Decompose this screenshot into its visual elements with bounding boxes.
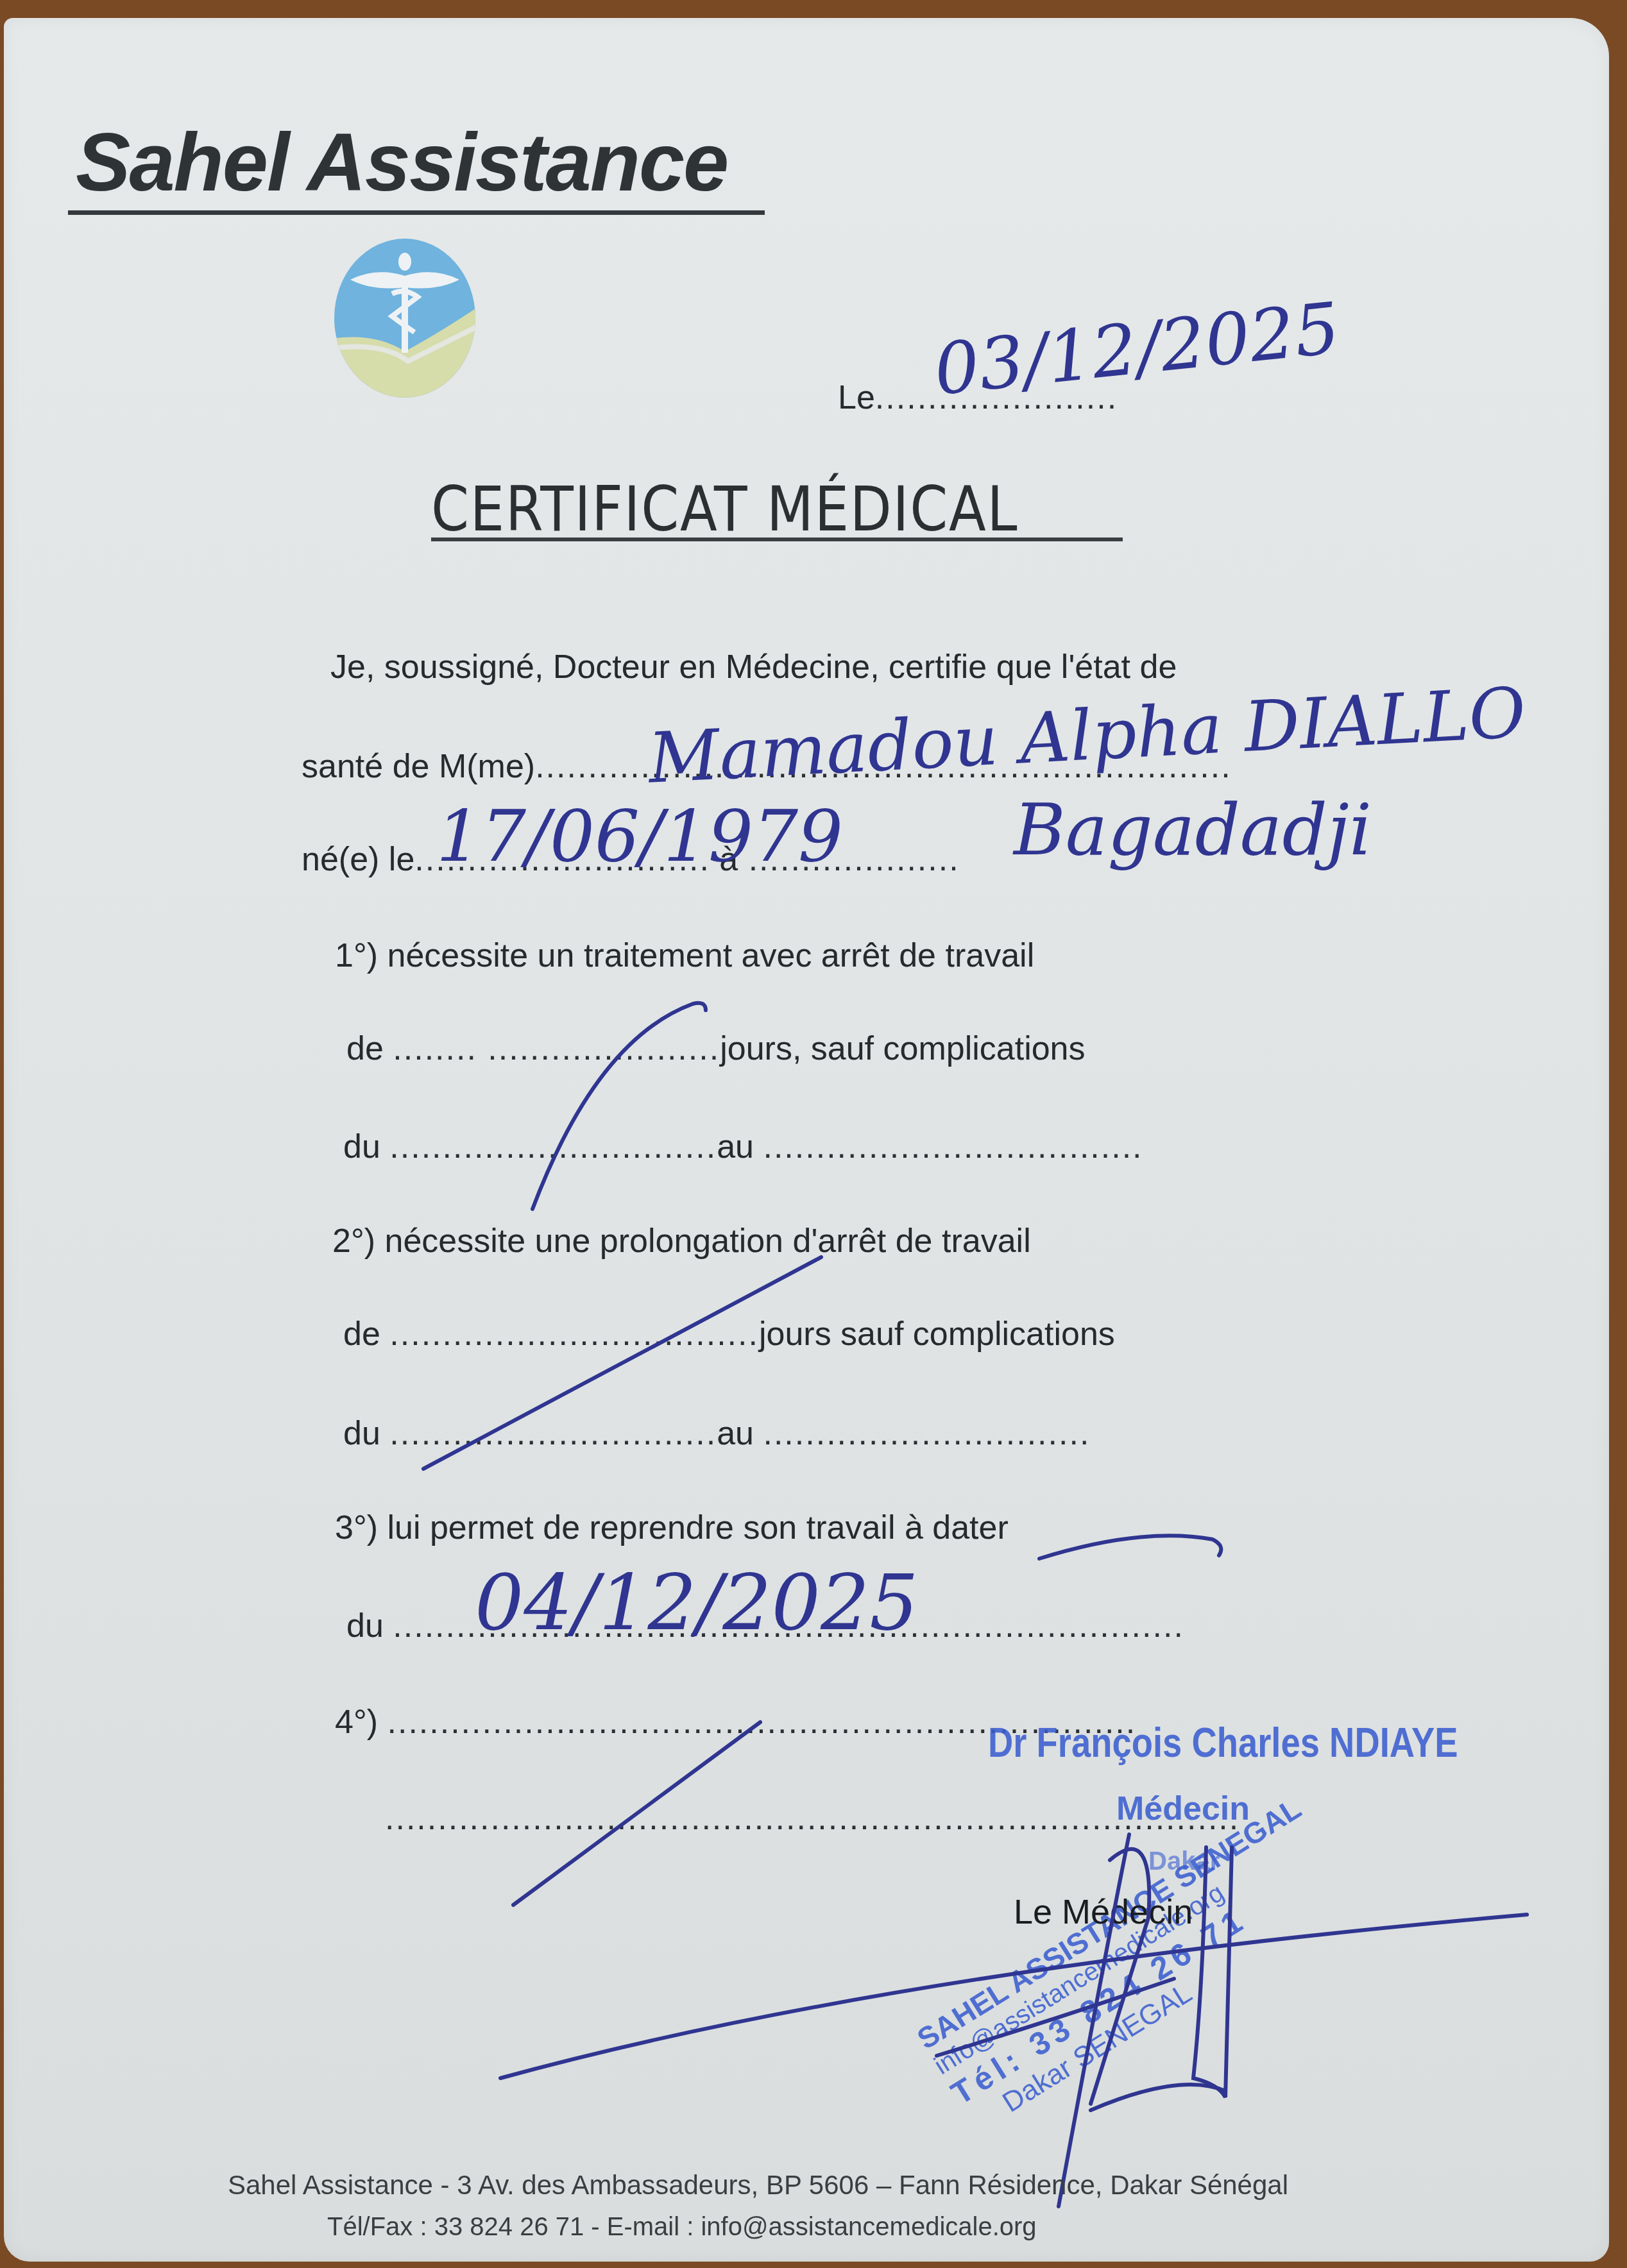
section-2-period-line: du ...............................au ...… — [343, 1414, 1090, 1453]
doctor-stamp-title: Médecin — [1116, 1790, 1250, 1828]
section-4-continuation: ........................................… — [385, 1799, 1239, 1838]
section-1-period-line: du ...............................au ...… — [343, 1128, 1143, 1166]
brand-title: Sahel Assistance — [76, 115, 728, 210]
caduceus-logo-icon — [331, 236, 479, 400]
birth-place: Bagadadji — [1014, 789, 1372, 871]
return-to-work-date: 04/12/2025 — [475, 1559, 919, 1648]
doctor-stamp-name: Dr François Charles NDIAYE — [988, 1719, 1458, 1766]
birth-date: 17/06/1979 — [436, 795, 843, 877]
section-1-heading: 1°) nécessite un traitement avec arrêt d… — [335, 936, 1034, 975]
section-2-days-line: de ...................................jo… — [343, 1315, 1115, 1353]
signature-label: Le Médecin — [1014, 1892, 1193, 1932]
section-3-heading: 3°) lui permet de reprendre son travail … — [335, 1509, 1009, 1547]
section-1-days-line: de ........ ......................jours,… — [346, 1029, 1086, 1068]
footer-contact: Tél/Fax : 33 824 26 71 - E-mail : info@a… — [327, 2213, 1037, 2242]
title-underline — [431, 537, 1123, 541]
section-2-heading: 2°) nécessite une prolongation d'arrêt d… — [332, 1222, 1031, 1260]
brand-underline — [68, 210, 765, 215]
document-title: CERTIFICAT MÉDICAL — [431, 473, 1018, 545]
footer-address: Sahel Assistance - 3 Av. des Ambassadeur… — [228, 2170, 1288, 2201]
intro-text: Je, soussigné, Docteur en Médecine, cert… — [330, 648, 1177, 686]
